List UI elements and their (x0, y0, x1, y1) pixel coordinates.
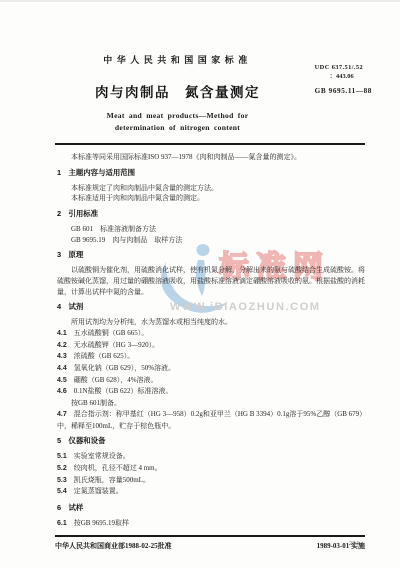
section-heading: 6 试样 (57, 503, 366, 514)
clause-text: 凯氏烧瓶，容量500mL。 (74, 476, 150, 484)
body-line: GB 9695.19 肉与肉制品 取样方法 (57, 235, 366, 246)
body-line: 中，稀释至100mL，贮存于棕色瓶中。 (57, 421, 366, 432)
udc-block: UDC 637.51/.52 ：443.06 GB 9695.11—88 (315, 64, 372, 95)
body-line: 6.1按GB 9695.19取样 (57, 518, 366, 530)
body-line: 硫酸铵碱化蒸馏，用过量的硼酸溶液吸收，用盐酸标准溶液滴定硼酸溶液吸收的氨。根据盐… (57, 276, 366, 287)
clause-number: 4.3 (57, 353, 67, 360)
body-line: 本标准等同采用国际标准ISO 937—1978《肉和肉制品——氮含量的测定》。 (57, 152, 366, 163)
clause-number: 5.1 (57, 453, 67, 460)
section-heading: 4 试剂 (57, 302, 366, 313)
document-page: 标准网 WWW.iBIAOZHUN.COM 中华人民共和国国家标准 肉与肉制品 … (0, 0, 400, 567)
clause-text: 混合指示剂：称甲基红（HG 3—958）0.2g和亚甲兰（HG B 3394）0… (74, 410, 366, 418)
body-line: 4.4氢氧化钠（GB 629），50%溶液。 (57, 363, 366, 375)
clause-number: 4.7 (57, 411, 67, 418)
page-number: 291 (349, 540, 360, 547)
document-header: 中华人民共和国国家标准 肉与肉制品 氮含量测定 Meat and meat pr… (0, 2, 400, 133)
approval-text: 中华人民共和国商业部1988-02-25批准 (55, 541, 172, 551)
clause-text: 氢氧化钠（GB 629），50%溶液。 (74, 364, 175, 372)
body-line: 按GB 601制备。 (57, 398, 366, 409)
body-line: 4.60.1N盐酸（GB 622）标准溶液。 (57, 386, 366, 398)
section-heading: 3 原理 (57, 250, 366, 261)
body-line: 5.3凯氏烧瓶，容量500mL。 (57, 475, 366, 487)
body-line: 4.3浓硫酸（GB 625）。 (57, 351, 366, 363)
national-standard-label: 中华人民共和国国家标准 (55, 53, 300, 66)
body-line: 4.7混合指示剂：称甲基红（HG 3—958）0.2g和亚甲兰（HG B 339… (57, 409, 366, 421)
body-line: 4.1五水硫酸铜（GB 665）。 (57, 328, 366, 340)
body-line: 本标准规定了肉和肉制品中氮含量的测定方法。 (57, 183, 366, 194)
clause-number: 5.3 (57, 477, 67, 484)
title-en-line1: Meat and meat products—Method for (55, 110, 300, 122)
clause-text: 五水硫酸铜（GB 665）。 (74, 329, 148, 337)
clause-number: 4.4 (57, 365, 67, 372)
section-heading: 5 仪器和设备 (57, 436, 366, 447)
body-line: 5.1实验室常规设备。 (57, 451, 366, 463)
body-line: 5.4定氮蒸馏装置。 (57, 486, 366, 498)
body-line: 量，计算出试样中氮的含量。 (57, 287, 366, 298)
clause-text: 硼酸（GB 628），4%溶液。 (74, 376, 158, 384)
document-title-en: Meat and meat products—Method for determ… (55, 110, 300, 133)
body-line: 5.2绞肉机，孔径不超过 4 mm。 (57, 463, 366, 475)
document-body: 本标准等同采用国际标准ISO 937—1978《肉和肉制品——氮含量的测定》。1… (57, 152, 366, 530)
section-heading: 2 引用标准 (57, 209, 366, 220)
udc-number: UDC 637.51/.52 (315, 64, 372, 71)
body-line: 以硫酸铜为催化剂，用硫酸消化试样，使有机氮分解，分解出来的氨与硫酸结合生成硫酸铵… (57, 265, 366, 276)
clause-text: 浓硫酸（GB 625）。 (74, 352, 134, 360)
clause-number: 5.4 (57, 488, 67, 495)
footer: 中华人民共和国商业部1988-02-25批准 1989-03-01 实施 (55, 541, 365, 551)
footer-rule (55, 535, 365, 537)
body-line: 4.5硼酸（GB 628），4%溶液。 (57, 375, 366, 387)
title-en-line2: determination of nitrogen content (55, 122, 300, 134)
clause-number: 4.2 (57, 342, 67, 349)
clause-number: 4.5 (57, 377, 67, 384)
clause-number: 4.1 (57, 330, 67, 337)
clause-text: 0.1N盐酸（GB 622）标准溶液。 (74, 387, 173, 395)
section-heading: 1 主题内容与适用范围 (57, 168, 366, 179)
document-title-cn: 肉与肉制品 氮含量测定 (55, 81, 300, 101)
standard-code: GB 9695.11—88 (315, 87, 372, 95)
clause-number: 5.2 (57, 465, 67, 472)
clause-number: 4.6 (57, 388, 67, 395)
udc-number-cont: ：443.06 (315, 71, 372, 80)
body-line: 所用试剂均为分析纯，水为蒸馏水或相当纯度的水。 (57, 317, 366, 328)
body-line: 本标准适用于肉和肉制品中氮含量的测定。 (57, 193, 366, 204)
clause-text: 定氮蒸馏装置。 (74, 487, 123, 495)
clause-text: 按GB 9695.19取样 (74, 519, 129, 527)
clause-text: 实验室常规设备。 (74, 452, 130, 460)
clause-text: 绞肉机，孔径不超过 4 mm。 (74, 464, 162, 472)
body-line: GB 601 标准溶液制备方法 (57, 224, 366, 235)
body-line: 4.2无水硫酸钾（HG 3—920）。 (57, 340, 366, 352)
clause-number: 6.1 (57, 520, 67, 527)
clause-text: 无水硫酸钾（HG 3—920）。 (74, 341, 159, 349)
header-rule (55, 143, 365, 145)
